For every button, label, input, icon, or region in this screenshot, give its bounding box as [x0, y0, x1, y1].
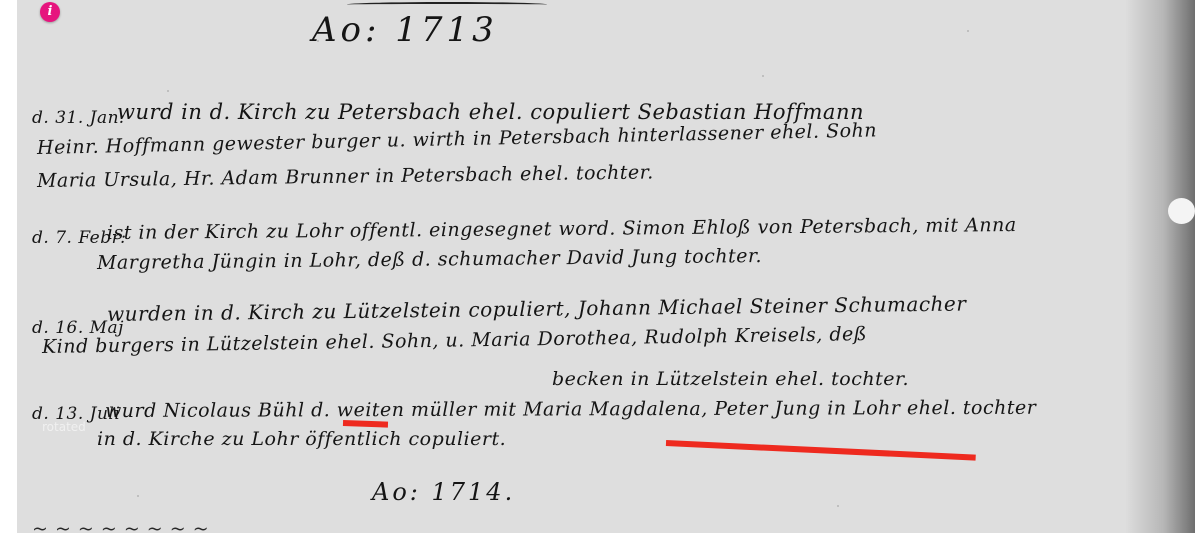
paper-speck	[137, 495, 139, 497]
paper-hole	[1168, 198, 1195, 224]
entry-line: becken in Lützelstein ehel. tochter.	[552, 368, 909, 390]
year-heading-1713: Ao: 1713	[312, 10, 498, 50]
paper-speck	[837, 505, 839, 507]
register-page-scan: Ao: 1713 d. 31. Jan: wurd in d. Kirch zu…	[17, 0, 1195, 533]
year-heading-1714: Ao: 1714.	[372, 478, 515, 506]
entry-line: wurd in d. Kirch zu Petersbach ehel. cop…	[117, 100, 864, 124]
top-flourish-stroke	[347, 2, 547, 7]
ghost-watermark-text: rotated	[42, 420, 86, 434]
entry-line: in d. Kirche zu Lohr öffentlich copulier…	[97, 428, 506, 450]
paper-speck	[967, 30, 969, 32]
paper-speck	[762, 75, 764, 77]
entry-line: Heinr. Hoffmann gewester burger u. wirth…	[37, 119, 877, 159]
info-glyph: i	[48, 4, 53, 19]
entry-line: Kind burgers in Lützelstein ehel. Sohn, …	[42, 323, 867, 358]
entry-line: ist in der Kirch zu Lohr offentl. einges…	[107, 214, 1017, 244]
entry-line: Maria Ursula, Hr. Adam Brunner in Peters…	[37, 161, 654, 192]
entry-line: wurd Nicolaus Bühl d. weiten müller mit …	[105, 397, 1036, 422]
entry-line: Margretha Jüngin in Lohr, deß d. schumac…	[97, 245, 762, 274]
cut-off-line: ~ ~ ~ ~ ~ ~ ~ ~	[32, 518, 209, 533]
page-binding-shadow	[1125, 0, 1195, 533]
entry-line: wurden in d. Kirch zu Lützelstein copuli…	[107, 292, 967, 326]
info-icon[interactable]: i	[40, 2, 60, 22]
paper-speck	[167, 90, 169, 92]
entry-date: d. 31. Jan:	[32, 108, 125, 128]
